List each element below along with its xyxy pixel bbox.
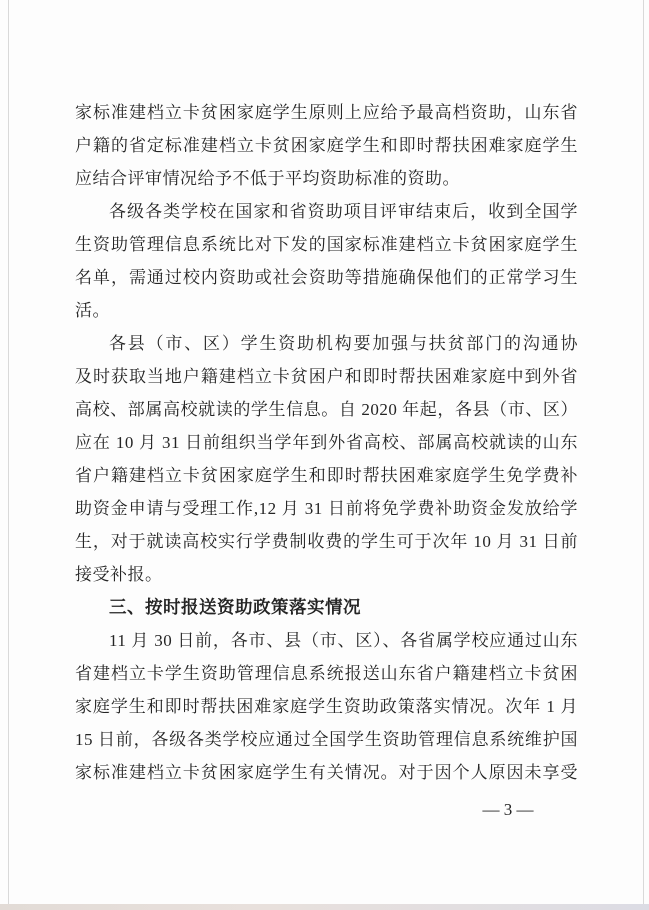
paragraph: 11 月 30 日前，各市、县（市、区）、各省属学校应通过山东省建档立卡学生资助… (75, 624, 578, 789)
text-line: 助资金申请与受理工作,12 月 31 日前将免学费补助资金发放给学 (75, 492, 578, 525)
paragraph: 各级各类学校在国家和省资助项目评审结束后，收到全国学生资助管理信息系统比对下发的… (75, 195, 578, 327)
text-line: 户籍的省定标准建档立卡贫困家庭学生和即时帮扶困难家庭学生 (75, 129, 578, 162)
document-page: 家标准建档立卡贫困家庭学生原则上应给予最高档资助，山东省户籍的省定标准建档立卡贫… (0, 0, 649, 910)
scan-edge-left (8, 0, 9, 904)
text-line: 生，对于就读高校实行学费制收费的学生可于次年 10 月 31 日前 (75, 525, 578, 558)
text-line: 及时获取当地户籍建档立卡贫困户和即时帮扶困难家庭中到外省 (75, 360, 578, 393)
text-line: 活。 (75, 294, 578, 327)
text-line: 家庭学生和即时帮扶困难家庭学生资助政策落实情况。次年 1 月 (75, 690, 578, 723)
section-heading-text: 三、按时报送资助政策落实情况 (75, 591, 578, 624)
text-line: 高校、部属高校就读的学生信息。自 2020 年起，各县（市、区） (75, 393, 578, 426)
text-line: 生资助管理信息系统比对下发的国家标准建档立卡贫困家庭学生 (75, 228, 578, 261)
text-line: 家标准建档立卡贫困家庭学生有关情况。对于因个人原因未享受 (75, 756, 578, 789)
document-body: 家标准建档立卡贫困家庭学生原则上应给予最高档资助，山东省户籍的省定标准建档立卡贫… (75, 96, 578, 789)
text-line: 家标准建档立卡贫困家庭学生原则上应给予最高档资助，山东省 (75, 96, 578, 129)
text-line: 应在 10 月 31 日前组织当学年到外省高校、部属高校就读的山东 (75, 426, 578, 459)
paragraph: 家标准建档立卡贫困家庭学生原则上应给予最高档资助，山东省户籍的省定标准建档立卡贫… (75, 96, 578, 195)
section-heading: 三、按时报送资助政策落实情况 (75, 591, 578, 624)
paragraph: 各县（市、区）学生资助机构要加强与扶贫部门的沟通协调，及时获取当地户籍建档立卡贫… (75, 327, 578, 591)
text-line: 11 月 30 日前，各市、县（市、区）、各省属学校应通过山东 (75, 624, 578, 657)
text-line: 名单，需通过校内资助或社会资助等措施确保他们的正常学习生 (75, 261, 578, 294)
text-line: 应结合评审情况给予不低于平均资助标准的资助。 (75, 162, 578, 195)
text-line: 省建档立卡学生资助管理信息系统报送山东省户籍建档立卡贫困 (75, 657, 578, 690)
text-line: 省户籍建档立卡贫困家庭学生和即时帮扶困难家庭学生免学费补 (75, 459, 578, 492)
scan-edge-right (643, 0, 644, 904)
page-number: — 3 — (478, 799, 538, 821)
text-line: 15 日前，各级各类学校应通过全国学生资助管理信息系统维护国 (75, 723, 578, 756)
text-line: 各级各类学校在国家和省资助项目评审结束后，收到全国学 (75, 195, 578, 228)
scan-edge-bottom (0, 904, 649, 910)
text-line: 各县（市、区）学生资助机构要加强与扶贫部门的沟通协调， (75, 327, 578, 360)
text-line: 接受补报。 (75, 558, 578, 591)
